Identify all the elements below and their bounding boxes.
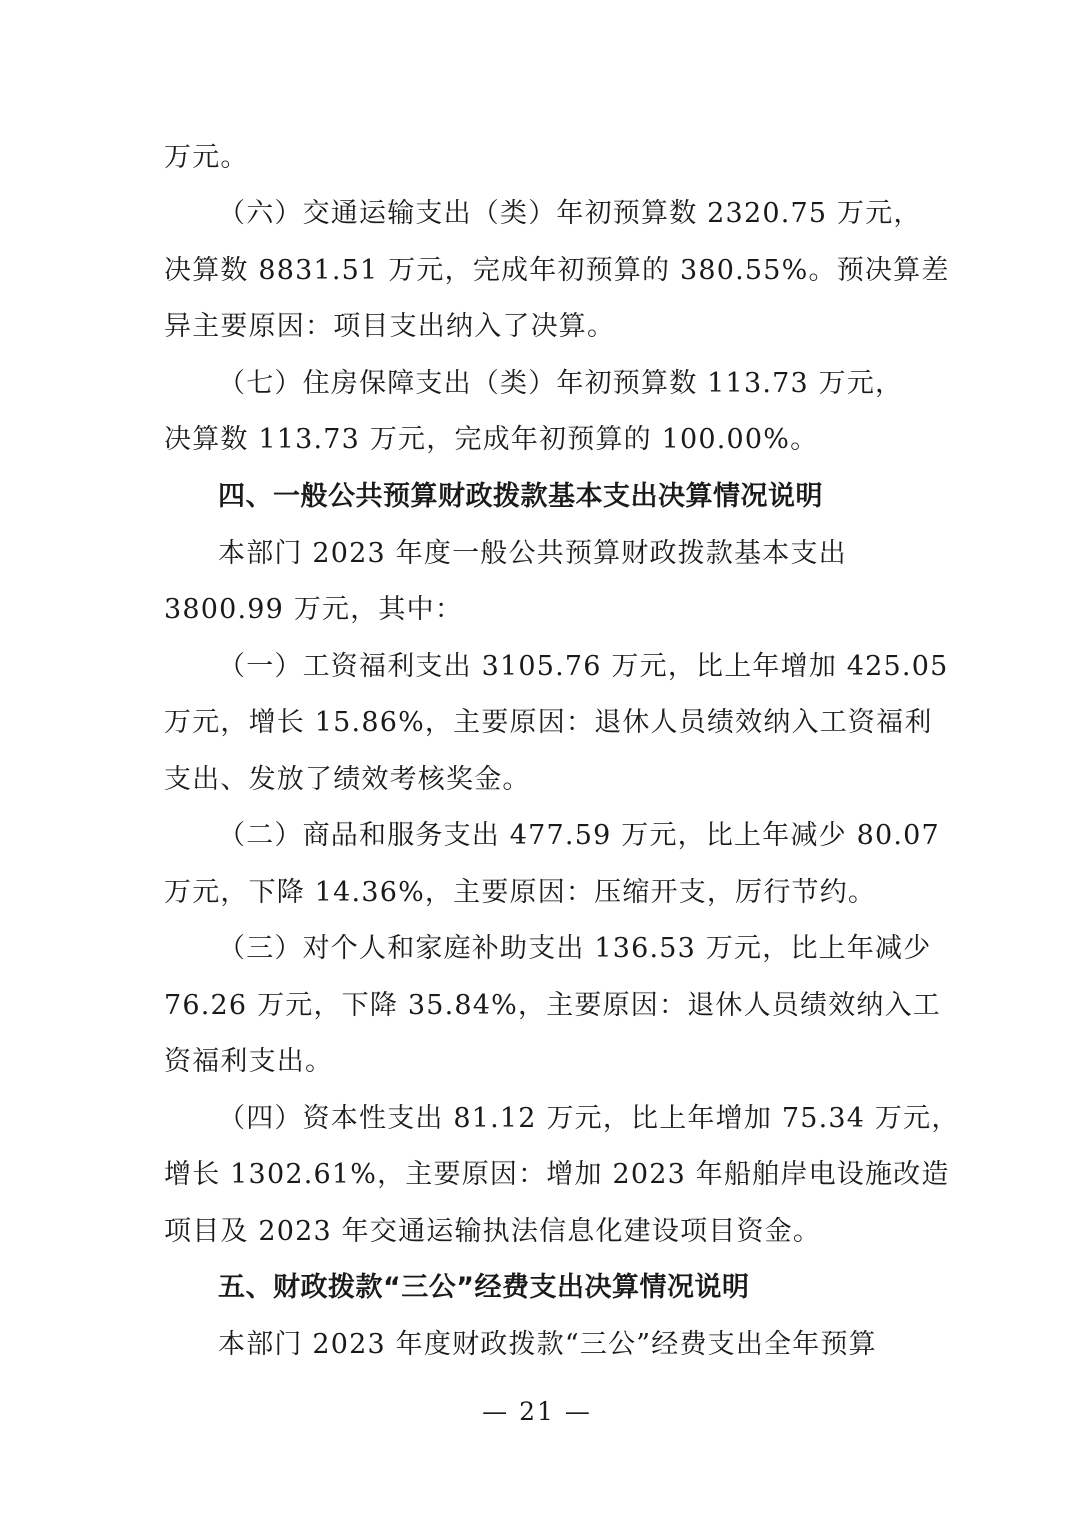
- paragraph-first-line: （二）商品和服务支出 477.59 万元，比上年减少 80.07: [218, 816, 940, 856]
- paragraph-first-line: （四）资本性支出 81.12 万元，比上年增加 75.34 万元，: [218, 1099, 960, 1139]
- paragraph-line: 万元。: [164, 138, 249, 178]
- paragraph-line: 3800.99 万元，其中：: [164, 590, 463, 630]
- paragraph-first-line: （七）住房保障支出（类）年初预算数 113.73 万元，: [218, 364, 903, 404]
- paragraph-first-line: （六）交通运输支出（类）年初预算数 2320.75 万元，: [218, 194, 922, 234]
- paragraph-line: 76.26 万元，下降 35.84%，主要原因：退休人员绩效纳入工: [164, 986, 941, 1026]
- paragraph-line: 增长 1302.61%，主要原因：增加 2023 年船舶岸电设施改造: [164, 1155, 950, 1195]
- paragraph-first-line: （三）对个人和家庭补助支出 136.53 万元，比上年减少: [218, 929, 931, 969]
- paragraph-line: 决算数 113.73 万元，完成年初预算的 100.00%。: [164, 420, 818, 460]
- paragraph-line: 支出、发放了绩效考核奖金。: [164, 760, 531, 800]
- paragraph-first-line: 本部门 2023 年度一般公共预算财政拨款基本支出: [218, 534, 847, 574]
- paragraph-line: 万元，增长 15.86%，主要原因：退休人员绩效纳入工资福利: [164, 703, 933, 743]
- paragraph-line: 资福利支出。: [164, 1042, 333, 1082]
- paragraph-line: 决算数 8831.51 万元，完成年初预算的 380.55%。预决算差: [164, 251, 950, 291]
- section-heading: 四、一般公共预算财政拨款基本支出决算情况说明: [218, 477, 823, 517]
- paragraph-first-line: （一）工资福利支出 3105.76 万元，比上年增加 425.05: [218, 647, 948, 687]
- paragraph-first-line: 本部门 2023 年度财政拨款“三公”经费支出全年预算: [218, 1325, 877, 1365]
- paragraph-line: 异主要原因：项目支出纳入了决算。: [164, 307, 615, 347]
- paragraph-line: 项目及 2023 年交通运输执法信息化建设项目资金。: [164, 1212, 821, 1252]
- paragraph-line: 万元，下降 14.36%，主要原因：压缩开支，厉行节约。: [164, 873, 876, 913]
- section-heading: 五、财政拨款“三公”经费支出决算情况说明: [218, 1268, 750, 1308]
- document-page: 万元。（六）交通运输支出（类）年初预算数 2320.75 万元，决算数 8831…: [0, 0, 1074, 1520]
- page-number: — 21 —: [0, 1392, 1074, 1432]
